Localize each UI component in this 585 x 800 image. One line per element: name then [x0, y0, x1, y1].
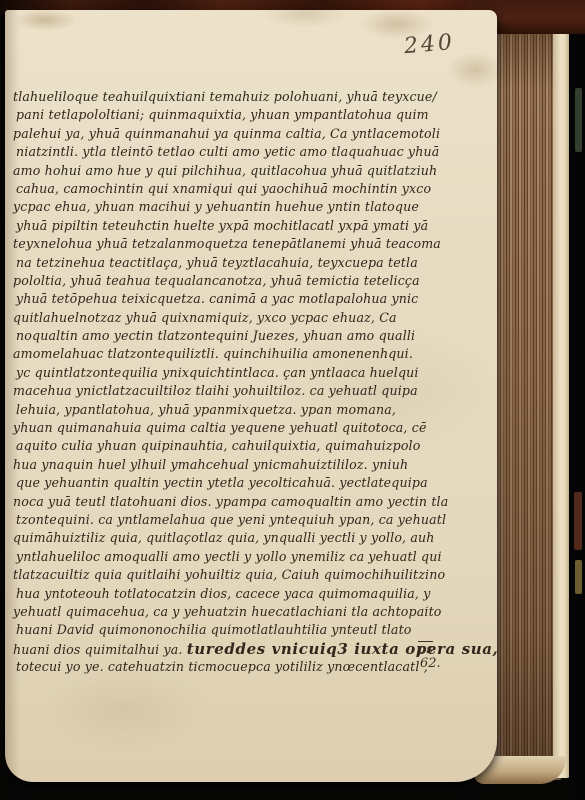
background-fleck: [574, 492, 582, 550]
text-line: hua ynaquin huel ylhuil ymahcehual ynicm…: [13, 456, 467, 474]
manuscript-text: tlahueliloque teahuilquixtiani temahuiz …: [13, 88, 467, 677]
folio-number: 240: [403, 30, 456, 59]
text-line: totecui yo ye. catehuatzin ticmocuepca y…: [13, 658, 467, 676]
text-line: palehui ya, yhuā quinmanahui ya quinma c…: [13, 125, 467, 143]
text-line: na tetzinehua teactitlaça, yhuā teyztlac…: [13, 254, 467, 272]
text-line: quitlahuelnotzaz yhuā quixnamiquiz, yxco…: [13, 309, 467, 327]
text-line: amomelahuac tlatzontequiliztli. quinchih…: [13, 345, 467, 363]
text-line: yhuan quimanahuia quima caltia yequene y…: [13, 419, 467, 437]
background-fleck: [575, 88, 582, 152]
text-line-with-latin: huani dios quimitalhui ya. tureddes vnic…: [13, 640, 467, 658]
text-line: que yehuantin qualtin yectin ytetla yeco…: [13, 474, 467, 492]
text-line: pani tetlapololtiani; quinmaquixtia, yhu…: [13, 106, 467, 124]
text-line: aquito culia yhuan quipinauhtia, cahuilq…: [13, 437, 467, 455]
background-fleck: [575, 560, 582, 594]
fore-edge-page-stack: [489, 14, 561, 780]
text-line: tlatzacuiltiz quia quitlaihi yohuiltiz q…: [13, 566, 467, 584]
psalm-abbreviation: ps: [418, 643, 441, 657]
text-line: yc quintlatzontequilia ynixquichtintlaca…: [13, 364, 467, 382]
outer-page-edges: [553, 18, 570, 778]
text-line: yhuā tetōpehua teixicquetza. canimā a ya…: [13, 290, 467, 308]
text-line: noca yuā teutl tlatohuani dios. ypampa c…: [13, 493, 467, 511]
margin-note-psalm-citation: ps 62.: [418, 643, 441, 671]
text-line: tzontequini. ca yntlamelahua que yeni yn…: [13, 511, 467, 529]
text-line: yhuā pipiltin teteuhctin huelte yxpā moc…: [13, 217, 467, 235]
text-line: niatzintli. ytla tleintō tetlao culti am…: [13, 143, 467, 161]
manuscript-page: 240 tlahueliloque teahuilquixtiani temah…: [5, 10, 497, 782]
text-line: noqualtin amo yectin tlatzontequini Juez…: [13, 327, 467, 345]
text-line: ycpac ehua, yhuan macihui y yehuantin hu…: [13, 198, 467, 216]
latin-quote: tureddes vnicuiq3 iuxta opera sua,: [187, 640, 499, 658]
text-line: huani David quimononochilia quimotlatlau…: [13, 621, 467, 639]
text-line: teyxnelohua yhuā tetzalanmoquetza tenepā…: [13, 235, 467, 253]
psalm-number: 62.: [418, 657, 441, 671]
text-line: hua yntoteouh totlatocatzin dios, cacece…: [13, 585, 467, 603]
text-line: pololtia, yhuā teahua tequalancanotza, y…: [13, 272, 467, 290]
text-line: yehuatl quimacehua, ca y yehuatzin hueca…: [13, 603, 467, 621]
text-line-lead: huani dios quimitalhui ya.: [13, 642, 187, 657]
text-line: yntlahueliloc amoqualli amo yectli y yol…: [13, 548, 467, 566]
text-line: tlahueliloque teahuilquixtiani temahuiz …: [13, 88, 467, 106]
text-line: lehuia, ypantlatohua, yhuā ypanmixquetza…: [13, 401, 467, 419]
text-line: cahua, camochintin qui xnamiqui qui yaoc…: [13, 180, 467, 198]
text-line: amo hohui amo hue y qui pilchihua, quitl…: [13, 162, 467, 180]
text-line: quimāhuiztiliz quia, quitlaçotlaz quia, …: [13, 529, 467, 547]
book-photo: 240 tlahueliloque teahuilquixtiani temah…: [0, 0, 585, 800]
text-line: macehua ynictlatzacuiltiloz tlaihi yohui…: [13, 382, 467, 400]
